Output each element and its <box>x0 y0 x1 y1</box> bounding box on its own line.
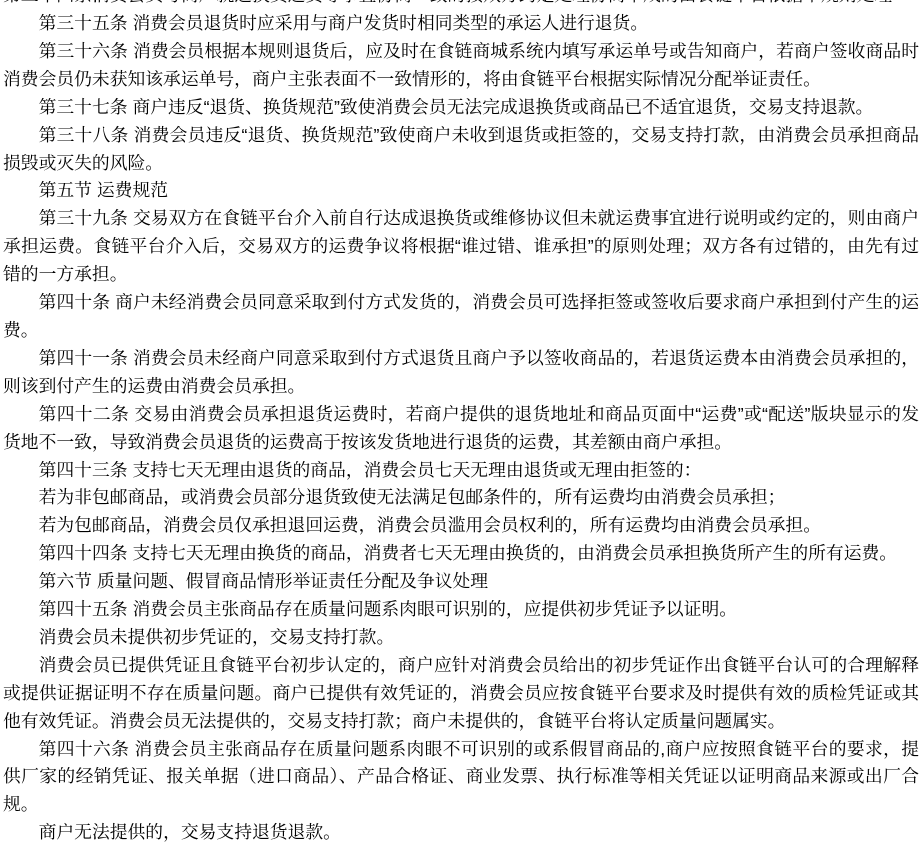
paragraph: 第三十九条 交易双方在食链平台介入前自行达成退换货或维修协议但未就运费事宜进行说… <box>3 205 919 289</box>
document-text: 第三十四条消费会员与商户就退换货运费等事宜协商一致的按双方约定处理协商不成的由食… <box>0 0 920 845</box>
paragraph: 第四十一条 消费会员未经商户同意采取到付方式退货且商户予以签收商品的，若退货运费… <box>3 345 919 401</box>
paragraph: 若为包邮商品，消费会员仅承担退回运费，消费会员滥用会员权利的，所有运费均由消费会… <box>3 512 919 540</box>
paragraph: 第四十四条 支持七天无理由换货的商品，消费者七天无理由换货的，由消费会员承担换货… <box>3 540 919 568</box>
document-page: 第三十四条消费会员与商户就退换货运费等事宜协商一致的按双方约定处理协商不成的由食… <box>0 0 920 845</box>
section-heading: 第五节 运费规范 <box>3 177 919 205</box>
top-clipped-line: 第三十四条消费会员与商户就退换货运费等事宜协商一致的按双方约定处理协商不成的由食… <box>3 0 919 10</box>
paragraph: 若为非包邮商品，或消费会员部分退货致使无法满足包邮条件的，所有运费均由消费会员承… <box>3 484 919 512</box>
paragraph: 第四十条 商户未经消费会员同意采取到付方式发货的，消费会员可选择拒签或签收后要求… <box>3 289 919 345</box>
paragraph: 第四十五条 消费会员主张商品存在质量问题系肉眼可识别的，应提供初步凭证予以证明。 <box>3 596 919 624</box>
paragraph: 第三十八条 消费会员违反“退货、换货规范”致使商户未收到退货或拒签的，交易支持打… <box>3 122 919 178</box>
paragraph: 第四十二条 交易由消费会员承担退货运费时，若商户提供的退货地址和商品页面中“运费… <box>3 401 919 457</box>
paragraph: 商户无法提供的，交易支持退货退款。 <box>3 819 919 845</box>
paragraph: 第四十三条 支持七天无理由退货的商品，消费会员七天无理由退货或无理由拒签的： <box>3 457 919 485</box>
paragraph: 消费会员已提供凭证且食链平台初步认定的，商户应针对消费会员给出的初步凭证作出食链… <box>3 652 919 736</box>
section-heading: 第六节 质量问题、假冒商品情形举证责任分配及争议处理 <box>3 568 919 596</box>
paragraph: 第三十五条 消费会员退货时应采用与商户发货时相同类型的承运人进行退货。 <box>3 10 919 38</box>
paragraph: 第四十六条 消费会员主张商品存在质量问题系肉眼不可识别的或系假冒商品的,商户应按… <box>3 736 919 820</box>
paragraph: 消费会员未提供初步凭证的，交易支持打款。 <box>3 624 919 652</box>
paragraph: 第三十七条 商户违反“退货、换货规范”致使消费会员无法完成退换货或商品已不适宜退… <box>3 94 919 122</box>
paragraph: 第三十六条 消费会员根据本规则退货后，应及时在食链商城系统内填写承运单号或告知商… <box>3 38 919 94</box>
